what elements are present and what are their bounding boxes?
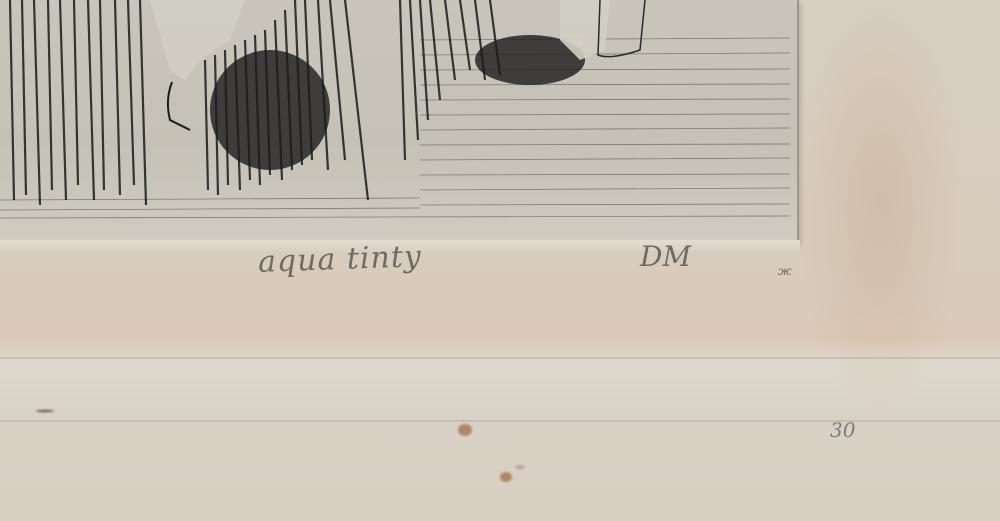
etching-photo: aqua tinty DM ж 30: [0, 0, 1000, 521]
pencil-small-mark: ж: [778, 264, 792, 278]
etched-plate-area: [0, 0, 799, 242]
pencil-title-inscription: aqua tinty: [257, 239, 422, 280]
etching-strokes: [0, 0, 797, 240]
paper-mark: [36, 410, 54, 412]
foxing-stain: [500, 472, 512, 482]
pencil-signature: DM: [640, 240, 691, 273]
paper-fold-line: [0, 357, 1000, 359]
foxing-stain: [458, 424, 472, 436]
foxing-stain: [515, 465, 525, 469]
paper-fold-line: [0, 420, 1000, 422]
